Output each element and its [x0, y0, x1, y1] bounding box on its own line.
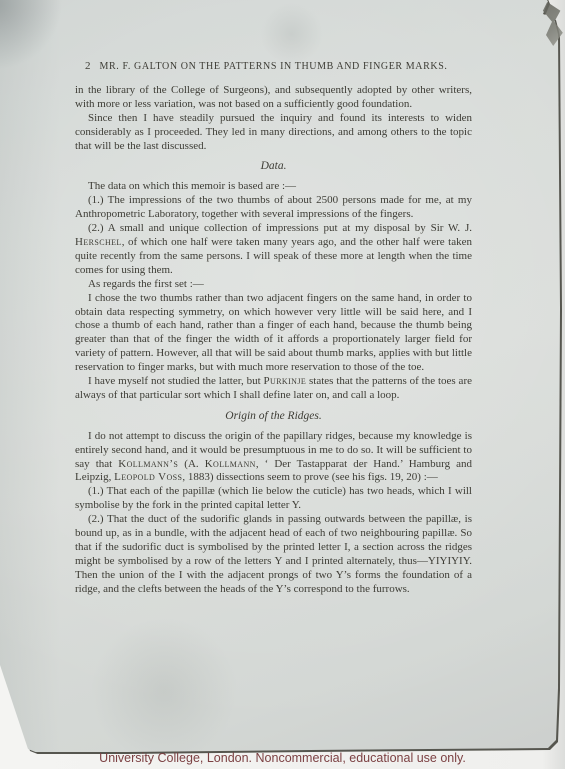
paragraph: I do not attempt to discuss the origin o…: [75, 430, 472, 486]
paragraph: (2.) A small and unique collection of im…: [75, 222, 472, 278]
paragraph: I chose the two thumbs rather than two a…: [75, 292, 472, 375]
paragraph: The data on which this memoir is based a…: [75, 180, 472, 194]
paragraph: (1.) The impressions of the two thumbs o…: [75, 194, 472, 222]
paragraph: Since then I have steadily pursued the i…: [75, 112, 472, 154]
section-heading: Data.: [75, 160, 472, 174]
paper-page: 2 MR. F. GALTON ON THE PATTERNS IN THUMB…: [0, 0, 565, 752]
paragraph: (1.) That each of the papillæ (which lie…: [75, 485, 472, 513]
section-heading: Origin of the Ridges.: [75, 410, 472, 424]
paragraph: As regards the first set :—: [75, 278, 472, 292]
text-column: 2 MR. F. GALTON ON THE PATTERNS IN THUMB…: [75, 60, 472, 597]
attribution-text: University College, London. Noncommercia…: [99, 751, 466, 765]
page-number: 2: [85, 60, 91, 74]
paragraph: (2.) That the duct of the sudorific glan…: [75, 513, 472, 596]
paragraph: I have myself not studied the latter, bu…: [75, 375, 472, 403]
running-title: MR. F. GALTON ON THE PATTERNS IN THUMB A…: [100, 61, 448, 72]
scanned-document: 2 MR. F. GALTON ON THE PATTERNS IN THUMB…: [0, 0, 565, 769]
running-header: 2 MR. F. GALTON ON THE PATTERNS IN THUMB…: [75, 60, 472, 74]
paragraph: in the library of the College of Surgeon…: [75, 84, 472, 112]
page-body: in the library of the College of Surgeon…: [75, 84, 472, 597]
attribution-footer: University College, London. Noncommercia…: [0, 751, 565, 765]
